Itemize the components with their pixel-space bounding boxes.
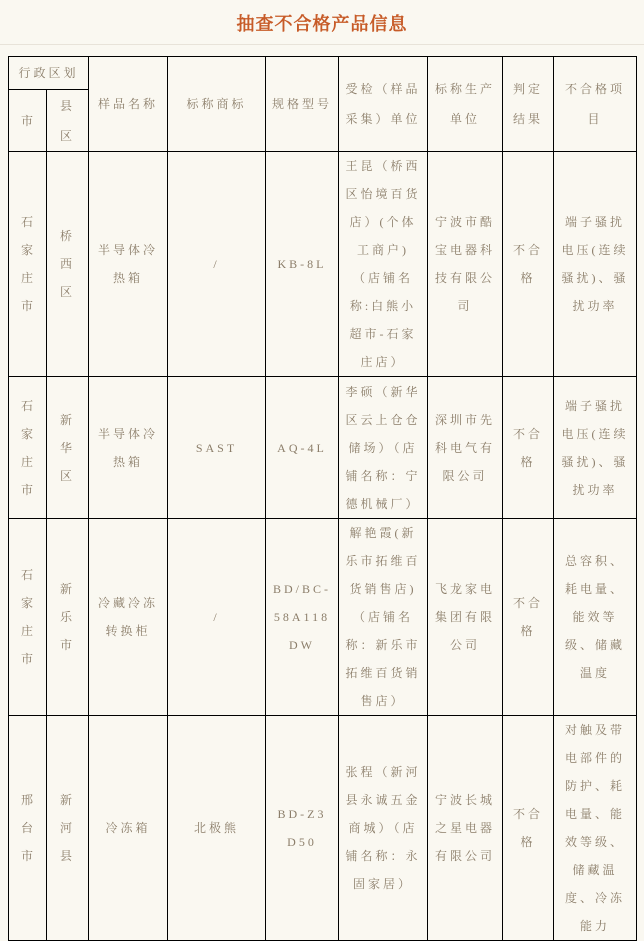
cell-sample-name: 半导体冷热箱 (89, 152, 168, 377)
cell-failed-items: 对触及带电部件的防护、耗电量、能效等级、储藏温度、冷冻能力 (554, 716, 637, 941)
cell-producer: 飞龙家电集团有限公司 (428, 519, 503, 716)
cell-county: 桥西区 (47, 152, 89, 377)
cell-result: 不合格 (503, 377, 554, 519)
header-admin-division: 行政区划 (9, 57, 89, 90)
cell-model: KB-8L (266, 152, 339, 377)
cell-inspected-unit: 解艳霞(新乐市拓维百货销售店)（店铺名称：新乐市拓维百货销售店） (339, 519, 428, 716)
cell-brand: / (168, 152, 266, 377)
header-brand: 标称商标 (168, 57, 266, 152)
cell-sample-name: 冷冻箱 (89, 716, 168, 941)
page-title: 抽查不合格产品信息 (0, 0, 644, 44)
cell-city: 石家庄市 (9, 519, 47, 716)
cell-inspected-unit: 王昆（桥西区怡境百货店）(个体工商户)（店铺名称:白熊小超市-石家庄店） (339, 152, 428, 377)
cell-brand: / (168, 519, 266, 716)
cell-inspected-unit: 李硕（新华区云上仓仓储场）（店铺名称：宁德机械厂） (339, 377, 428, 519)
cell-county: 新乐市 (47, 519, 89, 716)
header-result: 判定结果 (503, 57, 554, 152)
header-model: 规格型号 (266, 57, 339, 152)
cell-producer: 宁波市酷宝电器科技有限公司 (428, 152, 503, 377)
table-row: 石家庄市 新乐市 冷藏冷冻转换柜 / BD/BC-58A118DW 解艳霞(新乐… (9, 519, 637, 716)
cell-inspected-unit: 张程（新河县永诚五金商城）（店铺名称：永固家居） (339, 716, 428, 941)
header-county: 县区 (47, 90, 89, 152)
table-row: 石家庄市 新华区 半导体冷热箱 SAST AQ-4L 李硕（新华区云上仓仓储场）… (9, 377, 637, 519)
cell-producer: 宁波长城之星电器有限公司 (428, 716, 503, 941)
cell-county: 新河县 (47, 716, 89, 941)
cell-city: 邢台市 (9, 716, 47, 941)
table-row: 邢台市 新河县 冷冻箱 北极熊 BD-Z3D50 张程（新河县永诚五金商城）（店… (9, 716, 637, 941)
cell-model: BD/BC-58A118DW (266, 519, 339, 716)
cell-brand: SAST (168, 377, 266, 519)
cell-result: 不合格 (503, 519, 554, 716)
cell-failed-items: 端子骚扰电压(连续骚扰)、骚扰功率 (554, 152, 637, 377)
cell-failed-items: 总容积、耗电量、能效等级、储藏温度 (554, 519, 637, 716)
defective-products-table: 行政区划 样品名称 标称商标 规格型号 受检（样品采集）单位 标称生产单位 判定… (8, 56, 637, 941)
cell-result: 不合格 (503, 152, 554, 377)
cell-failed-items: 端子骚扰电压(连续骚扰)、骚扰功率 (554, 377, 637, 519)
header-inspected-unit: 受检（样品采集）单位 (339, 57, 428, 152)
header-producer: 标称生产单位 (428, 57, 503, 152)
cell-city: 石家庄市 (9, 152, 47, 377)
cell-brand: 北极熊 (168, 716, 266, 941)
cell-model: AQ-4L (266, 377, 339, 519)
cell-county: 新华区 (47, 377, 89, 519)
page: 抽查不合格产品信息 行政区划 样品名称 标称商标 规格型号 受检（样品采集）单位… (0, 0, 644, 941)
header-city: 市 (9, 90, 47, 152)
cell-result: 不合格 (503, 716, 554, 941)
cell-producer: 深圳市先科电气有限公司 (428, 377, 503, 519)
table-row: 石家庄市 桥西区 半导体冷热箱 / KB-8L 王昆（桥西区怡境百货店）(个体工… (9, 152, 637, 377)
cell-sample-name: 冷藏冷冻转换柜 (89, 519, 168, 716)
header-failed-items: 不合格项目 (554, 57, 637, 152)
cell-sample-name: 半导体冷热箱 (89, 377, 168, 519)
cell-model: BD-Z3D50 (266, 716, 339, 941)
title-divider (0, 44, 644, 45)
header-sample-name: 样品名称 (89, 57, 168, 152)
cell-city: 石家庄市 (9, 377, 47, 519)
